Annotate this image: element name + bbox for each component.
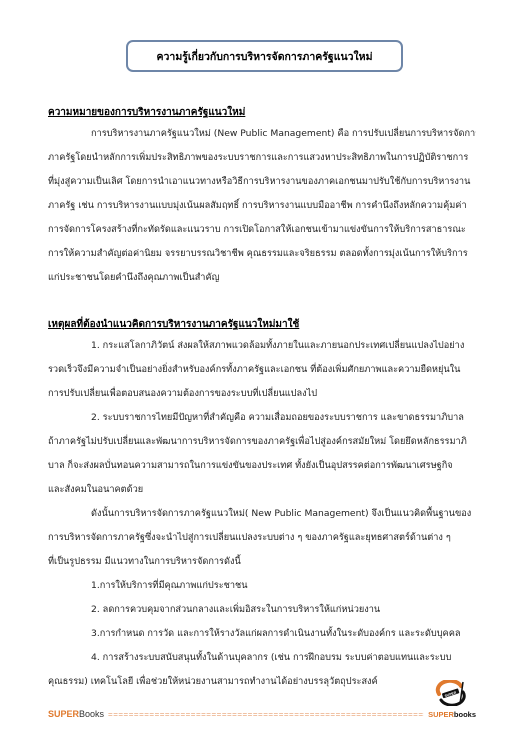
- page-footer: SUPERBooks =============================…: [48, 707, 476, 721]
- text-line: การจัดการโครงสร้างที่กะทัดรัดและแนวราบ ก…: [48, 218, 476, 242]
- document-page: ความรู้เกี่ยวกับการบริหารจัดการภาครัฐแนว…: [0, 0, 530, 747]
- section-heading-definition: ความหมายของการบริหารงานภาครัฐแนวใหม่: [48, 104, 476, 122]
- text-line: 1. กระแสโลกาภิวัตน์ ส่งผลให้สภาพแวดล้อมท…: [48, 334, 476, 358]
- footer-brand-right: SUPERbooks: [428, 710, 476, 719]
- definition-paragraph: การบริหารงานภาครัฐแนวใหม่ (New Public Ma…: [48, 122, 476, 290]
- text-line: ที่มุ่งสู่ความเป็นเลิศ โดยการนำเอาแนวทาง…: [48, 170, 476, 194]
- approach-item-4: 4. การสร้างระบบสนับสนุนทั้งในด้านบุคลากร…: [48, 646, 476, 670]
- brand-books-text: books: [454, 710, 476, 719]
- title-box: ความรู้เกี่ยวกับการบริหารจัดการภาครัฐแนว…: [126, 40, 403, 72]
- reason-1-paragraph: 1. กระแสโลกาภิวัตน์ ส่งผลให้สภาพแวดล้อมท…: [48, 334, 476, 406]
- approach-item-1: 1.การให้บริการที่มีคุณภาพแก่ประชาชน: [48, 574, 476, 598]
- section-spacer: [48, 290, 476, 316]
- superbooks-logo-icon: SUPER: [434, 680, 468, 706]
- text-line: ที่เป็นรูปธรรม มีแนวทางในการบริหารจัดการ…: [48, 550, 476, 574]
- text-line: ดังนั้นการบริหารจัดการภาครัฐแนวใหม่( New…: [48, 502, 476, 526]
- text-line: การให้ความสำคัญต่อค่านิยม จรรยาบรรณวิชาช…: [48, 242, 476, 266]
- section-heading-reasons: เหตุผลที่ต้องนำแนวคิดการบริหารงานภาครัฐแ…: [48, 316, 476, 334]
- brand-super-text: SUPER: [428, 710, 454, 719]
- text-line: บาล ก็จะส่งผลบั่นทอนความสามารถในการแข่งข…: [48, 454, 476, 478]
- text-line: ภาครัฐ เช่น การบริหารงานแบบมุ่งเน้นผลสัม…: [48, 194, 476, 218]
- svg-text:SUPER: SUPER: [444, 691, 457, 699]
- text-line: ถ้าภาครัฐไม่ปรับเปลี่ยนและพัฒนาการบริหาร…: [48, 430, 476, 454]
- text-line: การบริหารจัดการภาครัฐซึ่งจะนำไปสู่การเปล…: [48, 526, 476, 550]
- text-line: รวดเร็วจึงมีความจำเป็นอย่างยิ่งสำหรับองค…: [48, 358, 476, 382]
- text-line: 2. ระบบราชการไทยมีปัญหาที่สำคัญคือ ความเ…: [48, 406, 476, 430]
- text-line: ภาครัฐโดยนำหลักการเพิ่มประสิทธิภาพของระบ…: [48, 146, 476, 170]
- text-line: แก่ประชาชนโดยคำนึงถึงคุณภาพเป็นสำคัญ: [48, 266, 476, 290]
- conclusion-paragraph: ดังนั้นการบริหารจัดการภาครัฐแนวใหม่( New…: [48, 502, 476, 574]
- brand-books-text: Books: [79, 709, 104, 719]
- text-line: คุณธรรม) เทคโนโลยี เพื่อช่วยให้หน่วยงานส…: [48, 670, 476, 694]
- document-body: ความหมายของการบริหารงานภาครัฐแนวใหม่ การ…: [48, 104, 476, 694]
- footer-divider: ========================================…: [108, 710, 424, 719]
- text-line: และสังคมในอนาคตด้วย: [48, 478, 476, 502]
- document-title: ความรู้เกี่ยวกับการบริหารจัดการภาครัฐแนว…: [157, 48, 373, 65]
- reason-2-paragraph: 2. ระบบราชการไทยมีปัญหาที่สำคัญคือ ความเ…: [48, 406, 476, 502]
- text-line: การปรับเปลี่ยนเพื่อตอบสนองความต้องการของ…: [48, 382, 476, 406]
- footer-brand-left: SUPERBooks: [48, 709, 104, 719]
- text-line: การบริหารงานภาครัฐแนวใหม่ (New Public Ma…: [48, 122, 476, 146]
- approach-item-2: 2. ลดการควบคุมจากส่วนกลางและเพิ่มอิสระใน…: [48, 598, 476, 622]
- approach-item-3: 3.การกำหนด การวัด และการให้รางวัลแก่ผลกา…: [48, 622, 476, 646]
- approach-item-4-continuation: คุณธรรม) เทคโนโลยี เพื่อช่วยให้หน่วยงานส…: [48, 670, 476, 694]
- brand-super-text: SUPER: [48, 709, 79, 719]
